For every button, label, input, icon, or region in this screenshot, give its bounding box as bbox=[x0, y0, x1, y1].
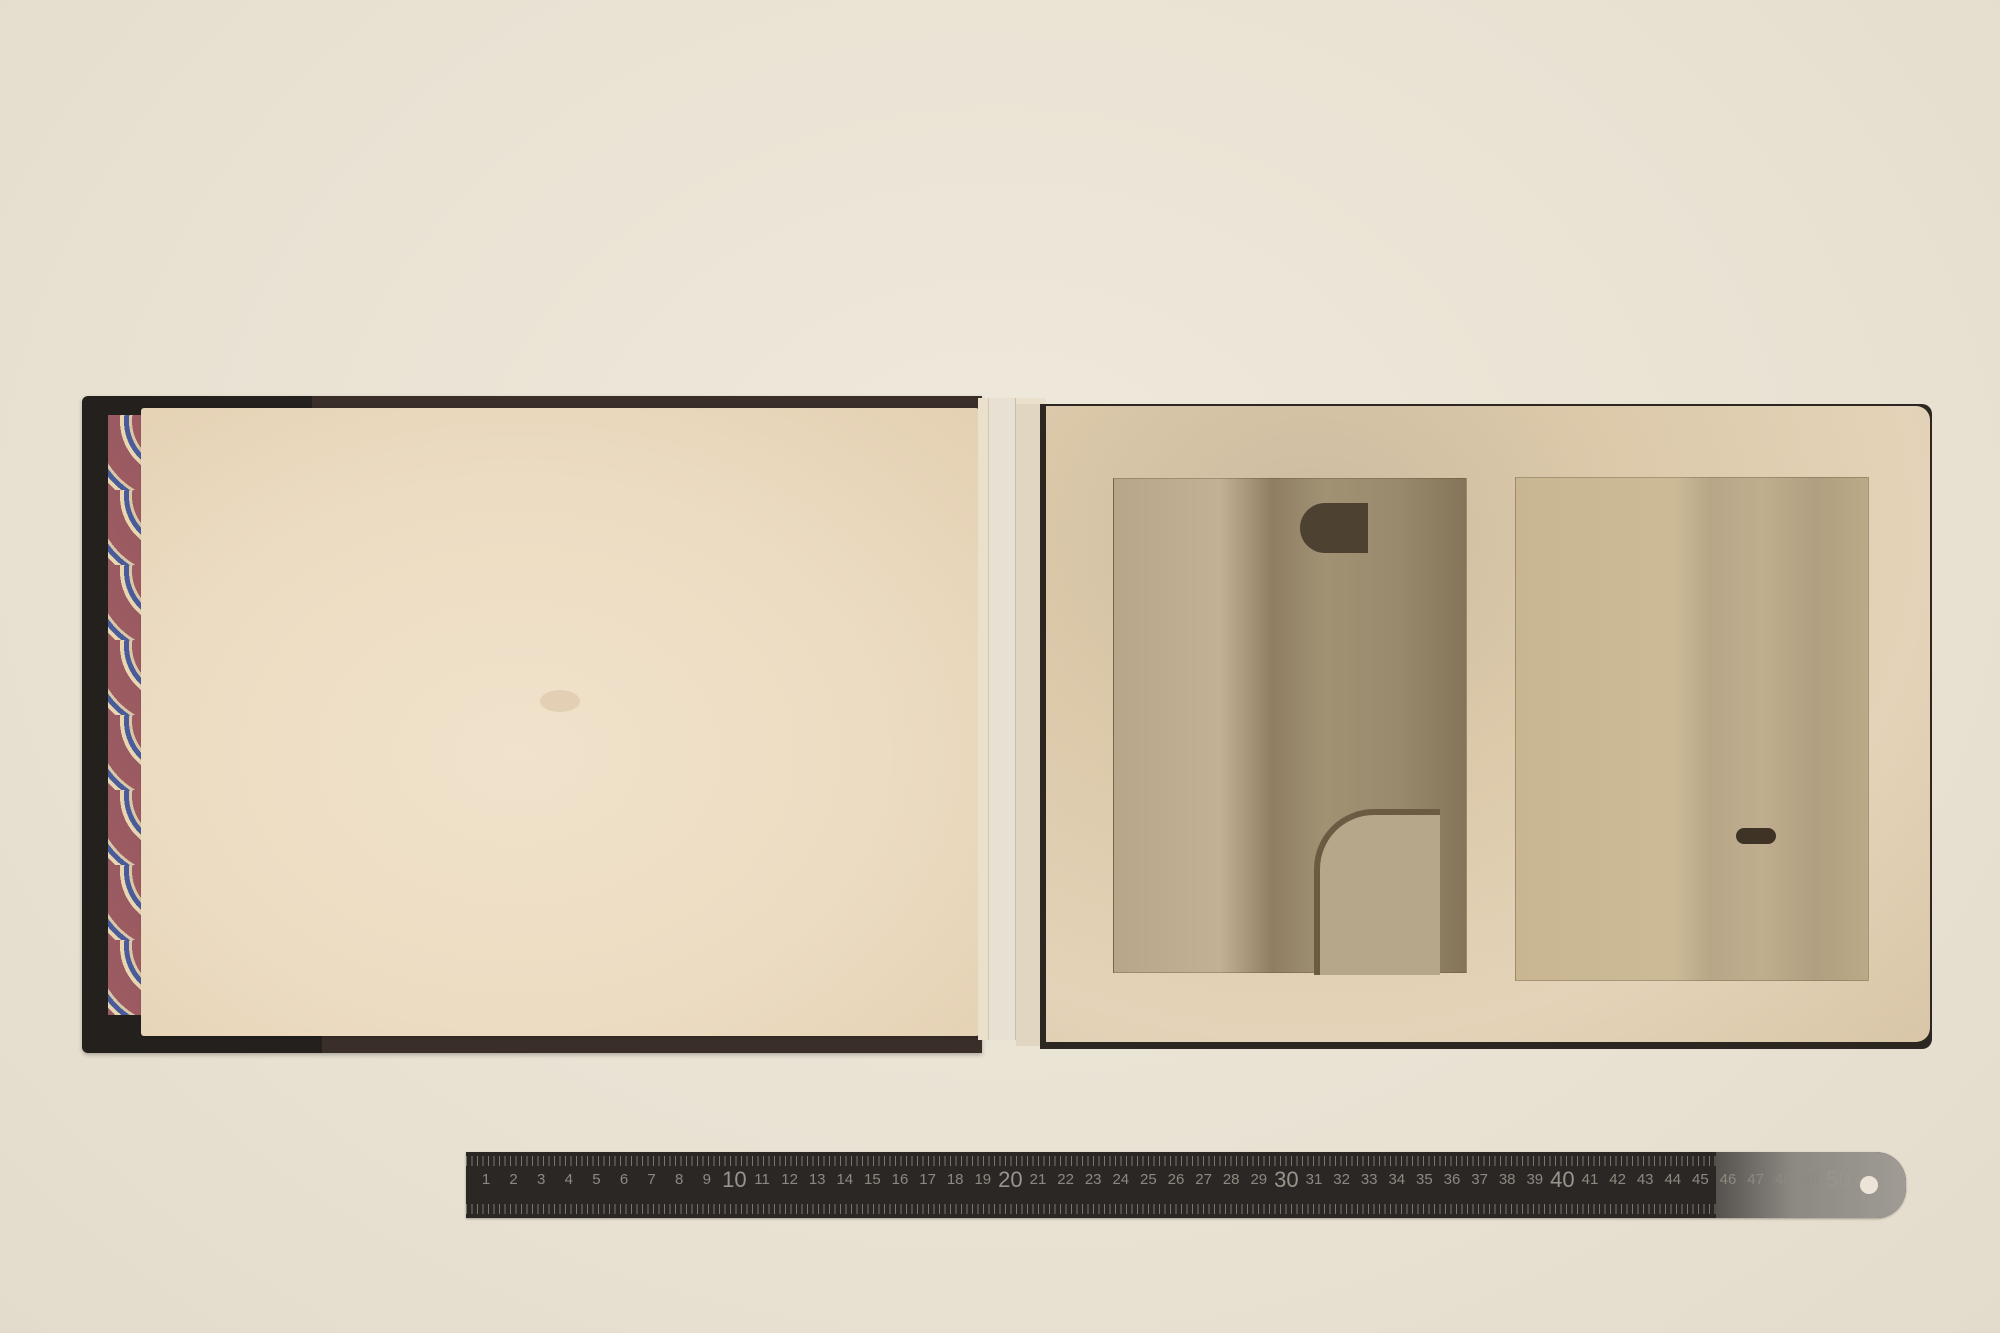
ruler-label: 13 bbox=[809, 1171, 826, 1188]
ruler-label: 1 bbox=[482, 1171, 490, 1188]
ruler-label: 35 bbox=[1416, 1171, 1433, 1188]
ruler-label: 41 bbox=[1582, 1171, 1599, 1188]
cover-ribbon-bottom bbox=[322, 1035, 982, 1053]
ruler-label: 39 bbox=[1526, 1171, 1543, 1188]
gutter-strip bbox=[988, 398, 1016, 1040]
ruler-label: 40 bbox=[1550, 1167, 1574, 1193]
ruler-label: 29 bbox=[1250, 1171, 1267, 1188]
ruler-label: 24 bbox=[1112, 1171, 1129, 1188]
ruler-label: 32 bbox=[1333, 1171, 1350, 1188]
ruler-label: 3 bbox=[537, 1171, 545, 1188]
ruler-ticks-top bbox=[466, 1156, 1826, 1166]
ruler-label: 25 bbox=[1140, 1171, 1157, 1188]
ruler-label: 44 bbox=[1664, 1171, 1681, 1188]
ruler-label: 42 bbox=[1609, 1171, 1626, 1188]
ruler-label: 26 bbox=[1168, 1171, 1185, 1188]
ruler-label: 49 bbox=[1802, 1171, 1819, 1188]
ruler-label: 23 bbox=[1085, 1171, 1102, 1188]
ruler-label: 34 bbox=[1388, 1171, 1405, 1188]
ruler-label: 5 bbox=[592, 1171, 600, 1188]
ruler-label: 12 bbox=[781, 1171, 798, 1188]
ruler-label: 47 bbox=[1747, 1171, 1764, 1188]
ruler-label: 18 bbox=[947, 1171, 964, 1188]
ruler-label: 4 bbox=[565, 1171, 573, 1188]
ruler-label: 8 bbox=[675, 1171, 683, 1188]
photo-bridge bbox=[1314, 809, 1440, 975]
ruler-hang-hole bbox=[1860, 1176, 1878, 1194]
ruler-label: 48 bbox=[1775, 1171, 1792, 1188]
ruler-ticks-bottom bbox=[466, 1204, 1826, 1214]
ruler-label: 36 bbox=[1444, 1171, 1461, 1188]
ruler-label: 43 bbox=[1637, 1171, 1654, 1188]
album-photo-landscape bbox=[1515, 477, 1869, 981]
ruler-label: 27 bbox=[1195, 1171, 1212, 1188]
ruler-label: 30 bbox=[1274, 1167, 1298, 1193]
album-left-page bbox=[141, 408, 979, 1036]
ruler-label: 21 bbox=[1030, 1171, 1047, 1188]
ruler-label: 46 bbox=[1720, 1171, 1737, 1188]
photo-figure bbox=[1736, 828, 1776, 844]
ruler-label: 10 bbox=[722, 1167, 746, 1193]
ruler-label: 11 bbox=[754, 1171, 770, 1188]
ruler-label: 28 bbox=[1223, 1171, 1240, 1188]
ruler-label: 6 bbox=[620, 1171, 628, 1188]
paper-stain bbox=[540, 690, 580, 712]
ruler: 1234567891011121314151617181920212223242… bbox=[466, 1152, 1906, 1218]
ruler-label: 15 bbox=[864, 1171, 881, 1188]
ruler-label: 22 bbox=[1057, 1171, 1074, 1188]
album-photo-street-scene bbox=[1113, 478, 1467, 973]
ruler-label: 38 bbox=[1499, 1171, 1516, 1188]
ruler-label: 9 bbox=[703, 1171, 711, 1188]
ruler-label: 37 bbox=[1471, 1171, 1488, 1188]
ruler-label: 45 bbox=[1692, 1171, 1709, 1188]
ruler-label: 16 bbox=[892, 1171, 909, 1188]
ruler-label: 19 bbox=[974, 1171, 991, 1188]
ruler-label: 14 bbox=[836, 1171, 853, 1188]
ruler-label: 33 bbox=[1361, 1171, 1378, 1188]
photo-arch bbox=[1300, 503, 1368, 553]
ruler-label: 50 bbox=[1826, 1167, 1850, 1193]
ruler-label: 31 bbox=[1306, 1171, 1323, 1188]
ruler-label: 17 bbox=[919, 1171, 936, 1188]
album-gutter bbox=[978, 398, 1046, 1040]
ruler-label: 20 bbox=[998, 1167, 1022, 1193]
gutter-strip bbox=[1016, 404, 1043, 1046]
ruler-label: 7 bbox=[647, 1171, 655, 1188]
ruler-label: 2 bbox=[509, 1171, 517, 1188]
